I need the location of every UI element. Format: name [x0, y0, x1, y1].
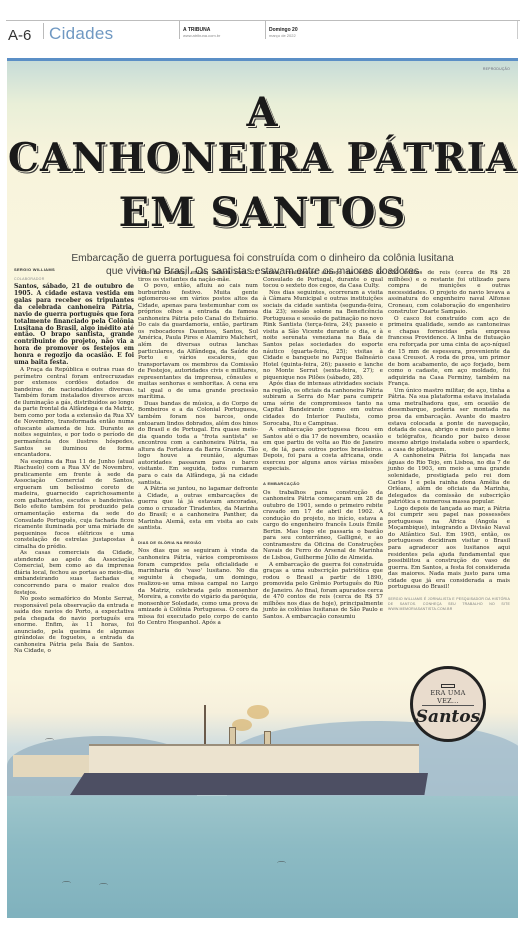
page-header: A-6 Cidades A TRIBUNA www.atribuna.com.b…: [6, 20, 520, 50]
page-number: A-6: [8, 27, 31, 44]
author-note: SERGIO WILLIAMS É JORNALISTA E PESQUISAD…: [388, 597, 510, 612]
newspaper-info: A TRIBUNA www.atribuna.com.br: [183, 27, 220, 38]
article-column-2: Tiro de Guerra, então, salvou com 21 tir…: [138, 270, 258, 627]
ship-painting: ⌒ ⌒ ⌒ ⌒: [7, 711, 518, 918]
seagull-icon: ⌒: [99, 881, 108, 894]
smoke: [247, 705, 269, 719]
paragraph: A Praça da República e outras ruas do pe…: [14, 367, 134, 459]
issue-month-year: março de 2022: [269, 33, 298, 38]
paragraph: As casas comerciais da Cidade, atendendo…: [14, 550, 134, 596]
paragraph: Tiro de Guerra, então, salvou com 21 tir…: [138, 270, 258, 283]
badge-line-2: Santos: [413, 707, 483, 727]
paragraph: A embarcação de guerra foi construída gr…: [263, 562, 383, 621]
background-ship: [13, 755, 93, 777]
author-role: COLABORADOR: [14, 276, 134, 283]
paragraph: Os trabalhos para construção da canhonei…: [263, 490, 383, 562]
seagull-icon: ⌒: [45, 736, 54, 749]
headline-line-1: A: [7, 89, 518, 136]
section-subtitle: A EMBARCAÇÃO: [263, 481, 383, 488]
paragraph: Nos dias que se seguiram à vinda da canh…: [138, 548, 258, 627]
newspaper-website: www.atribuna.com.br: [183, 33, 220, 38]
paragraph: Após dias de intensas atividades sociais…: [263, 381, 383, 427]
article-column-3: missa, realizou-se almoço na sede do Con…: [263, 270, 383, 620]
seagull-icon: ⌒: [62, 879, 71, 892]
paragraph: Na esquina da Rua 11 de Junho (atual Ria…: [14, 459, 134, 551]
section-title: Cidades: [49, 24, 113, 44]
paragraph: O casco foi construído com aço de primei…: [388, 316, 510, 388]
paragraph: 230 contos de reis (cerca de R$ 28 milhõ…: [388, 270, 510, 316]
divider: [265, 21, 266, 39]
ship-mast: [204, 705, 206, 747]
water: [7, 796, 518, 918]
paragraph: O povo, então, afluiu ao cais num burbur…: [138, 283, 258, 401]
paragraph: Duas bandas de música, a do Corpo de Bom…: [138, 401, 258, 486]
badge-line-1: ERA UMA VEZ...: [422, 689, 474, 706]
lead-paragraph: Santos, sábado, 21 de outubro de 1905. A…: [14, 284, 134, 367]
paragraph: A Pátria se juntou, no lagamar defronte …: [138, 486, 258, 532]
headline-line-2: CANHONEIRA PÁTRIA: [7, 135, 518, 181]
article-column-4: 230 contos de reis (cerca de R$ 28 milhõ…: [388, 270, 510, 612]
headline-line-3: EM SANTOS: [7, 189, 518, 236]
divider: [179, 21, 180, 39]
paragraph: Logo depois de lançada ao mar, a Pátria …: [388, 506, 510, 591]
divider: [43, 23, 44, 39]
ship-hull: [70, 773, 428, 795]
newspaper-icon: [441, 684, 455, 688]
article-column-1: SERGIO WILLIAMS COLABORADOR Santos, sába…: [14, 267, 134, 655]
paragraph: A canhoneira Pátria foi lançada nas água…: [388, 453, 510, 505]
paragraph: A embarcação portuguesa ficou em Santos …: [263, 427, 383, 473]
paragraph: Um único mastro militar, de aço, tinha a…: [388, 388, 510, 453]
paragraph: missa, realizou-se almoço na sede do Con…: [263, 270, 383, 290]
author-byline: SERGIO WILLIAMS: [14, 267, 134, 274]
paragraph: No posto semafórico do Monte Serrat, res…: [14, 596, 134, 655]
era-uma-vez-santos-badge: ERA UMA VEZ... Santos: [410, 666, 486, 742]
image-credit: REPRODUÇÃO: [483, 67, 510, 71]
section-subtitle: DIAS DE GLÓRIA NA REGIÃO: [138, 540, 258, 547]
issue-date: Domingo 20 março de 2022: [269, 27, 298, 38]
article-panel: REPRODUÇÃO A CANHONEIRA PÁTRIA EM SANTOS…: [7, 58, 518, 918]
ship-superstructure: [89, 744, 419, 774]
seagull-icon: ⌒: [277, 859, 286, 872]
paragraph: Nos dias seguintes, ocorreram a visita à…: [263, 290, 383, 382]
divider: [517, 21, 518, 39]
